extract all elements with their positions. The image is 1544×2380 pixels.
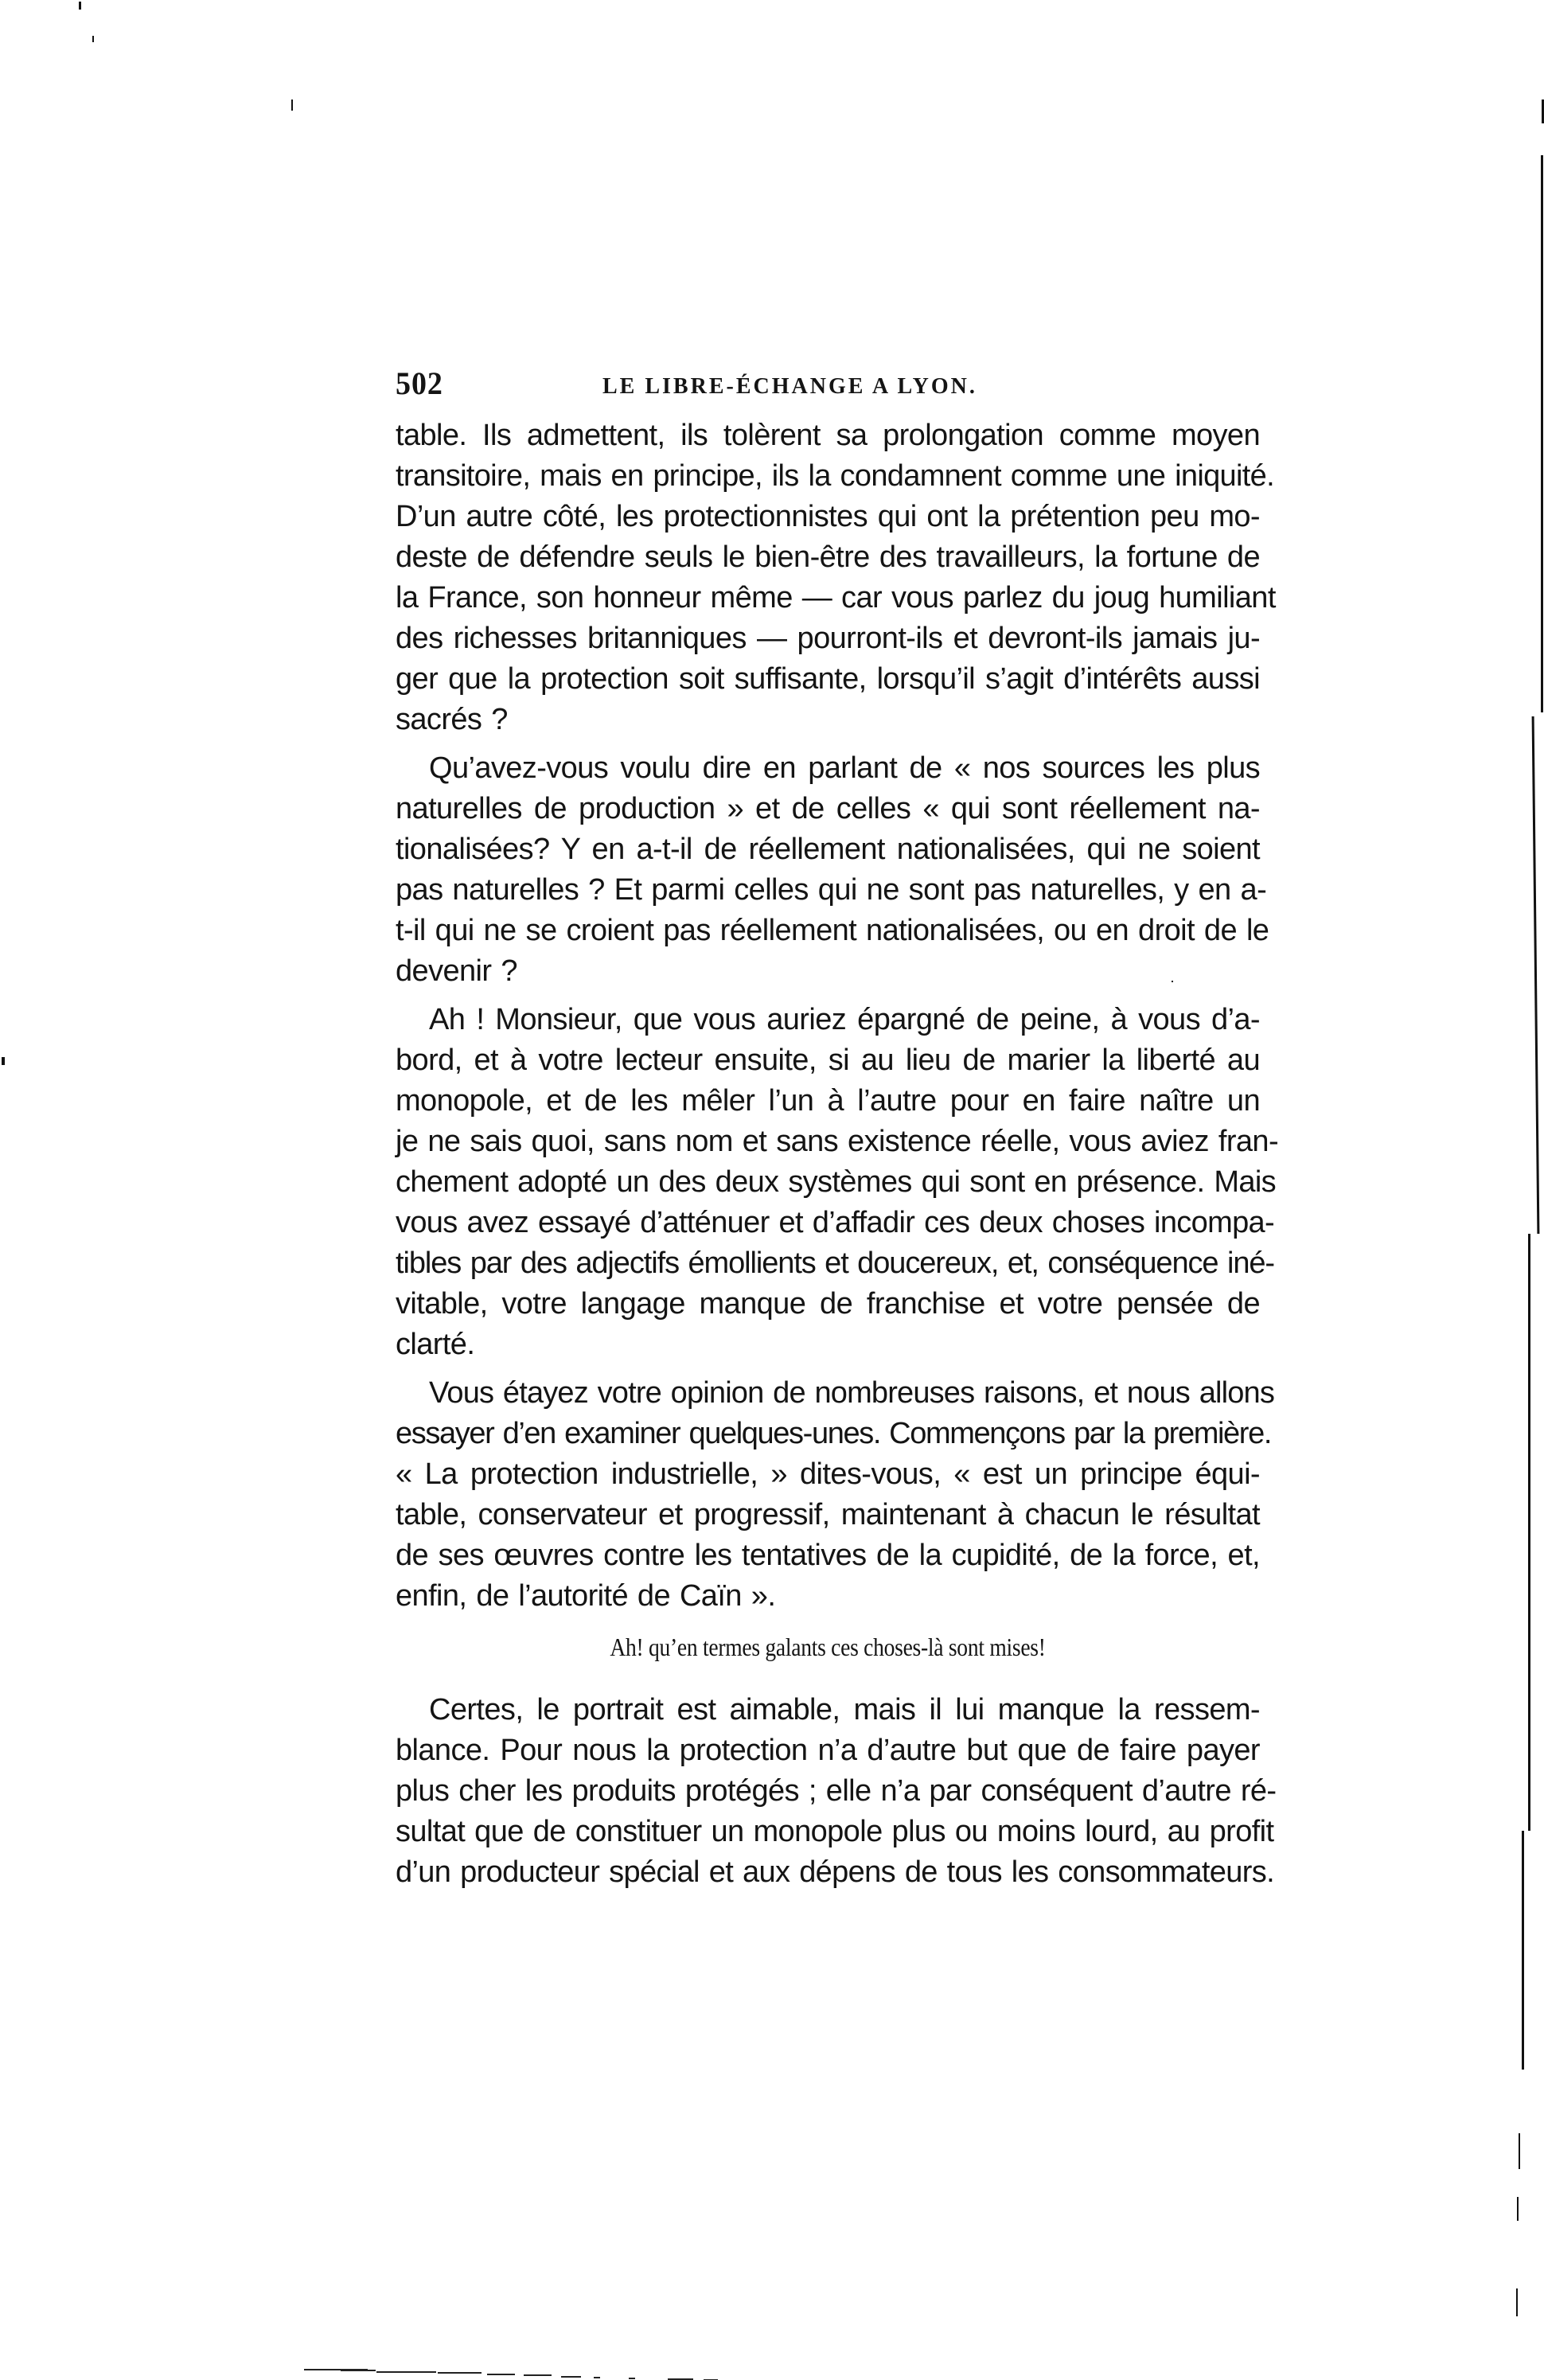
text-line: deste de défendre seuls le bien-être des… [396, 537, 1260, 578]
running-head: 502 LE LIBRE-ÉCHANGE A LYON. [396, 365, 1263, 403]
text-line: sacrés ? [396, 700, 1260, 740]
text-line: clarté. [396, 1325, 1260, 1365]
scan-edge-line [1516, 2288, 1518, 2316]
text-line: table. Ils admettent, ils tolèrent sa pr… [396, 416, 1260, 456]
text-line: D’un autre côté, les protectionnistes qu… [396, 497, 1260, 537]
text-line: je ne sais quoi, sans nom et sans existe… [396, 1122, 1260, 1162]
scan-speck [92, 36, 94, 42]
text-line: devenir ? [396, 951, 1260, 992]
scan-speck [1172, 981, 1173, 982]
scan-bottom-line [438, 2372, 482, 2374]
text-line: d’un producteur spécial et aux dépens de… [396, 1852, 1260, 1893]
text-line: Vous étayez votre opinion de nombreuses … [396, 1373, 1260, 1414]
paragraph: Vous étayez votre opinion de nombreuses … [396, 1373, 1260, 1617]
scan-edge-line [1541, 155, 1543, 712]
scan-speck [291, 99, 293, 111]
scan-bottom-line [594, 2377, 600, 2378]
text-line: naturelles de production » et de celles … [396, 789, 1260, 829]
verse-quote: Ah! qu’en termes galants ces choses-là s… [456, 1628, 1199, 1666]
text-line: tibles par des adjectifs émollients et d… [396, 1243, 1260, 1284]
text-line: enfin, de l’autorité de Caïn ». [396, 1576, 1260, 1617]
text-line: plus cher les produits protégés ; elle n… [396, 1771, 1260, 1812]
running-title: LE LIBRE-ÉCHANGE A LYON. [602, 374, 977, 400]
scan-bottom-line [376, 2371, 436, 2373]
scan-bottom-line [487, 2374, 515, 2375]
text-line: sultat que de constituer un monopole plu… [396, 1812, 1260, 1852]
text-line: table, conservateur et progressif, maint… [396, 1495, 1260, 1535]
paragraph: Ah ! Monsieur, que vous auriez épargné d… [396, 1000, 1260, 1365]
scan-bottom-line [629, 2378, 635, 2379]
scan-edge-line [1519, 2133, 1520, 2169]
scan-bottom-line [561, 2376, 581, 2378]
text-line: la France, son honneur même — car vous p… [396, 578, 1260, 618]
text-line: bord, et à votre lecteur ensuite, si au … [396, 1040, 1260, 1081]
text-line: pas naturelles ? Et parmi celles qui ne … [396, 870, 1260, 911]
text-line: monopole, et de les mêler l’un à l’autre… [396, 1081, 1260, 1122]
text-line: vitable, votre langage manque de franchi… [396, 1284, 1260, 1325]
scan-edge-line [1517, 2197, 1519, 2221]
scan-edge-line [1532, 716, 1540, 1234]
scan-edge-line [1522, 1831, 1524, 2070]
body-text: table. Ils admettent, ils tolèrent sa pr… [396, 416, 1260, 1901]
scan-bottom-line [524, 2374, 552, 2376]
scanned-book-page: 502 LE LIBRE-ÉCHANGE A LYON. table. Ils … [0, 0, 1544, 2380]
scan-bottom-line [341, 2370, 376, 2371]
page-number: 502 [396, 365, 443, 402]
text-line: de ses œuvres contre les tentatives de l… [396, 1535, 1260, 1576]
text-line: ger que la protection soit suffisante, l… [396, 659, 1260, 700]
text-line: Certes, le portrait est aimable, mais il… [396, 1690, 1260, 1730]
text-line: chement adopté un des deux systèmes qui … [396, 1162, 1260, 1203]
paragraph: table. Ils admettent, ils tolèrent sa pr… [396, 416, 1260, 740]
scan-edge-line [1528, 1234, 1530, 1831]
text-line: essayer d’en examiner quelques-unes. Com… [396, 1414, 1260, 1454]
paragraph: Certes, le portrait est aimable, mais il… [396, 1690, 1260, 1893]
text-line: vous avez essayé d’atténuer et d’affadir… [396, 1203, 1260, 1243]
scan-speck [2, 1057, 5, 1065]
scan-speck [79, 2, 81, 10]
text-line: Qu’avez-vous voulu dire en parlant de « … [396, 748, 1260, 789]
text-line: tionalisées? Y en a-t-il de réellement n… [396, 829, 1260, 870]
paragraph: Qu’avez-vous voulu dire en parlant de « … [396, 748, 1260, 992]
text-line: Ah ! Monsieur, que vous auriez épargné d… [396, 1000, 1260, 1040]
text-line: transitoire, mais en principe, ils la co… [396, 456, 1260, 497]
text-line: « La protection industrielle, » dites-vo… [396, 1454, 1260, 1495]
text-line: des richesses britanniques — pourront-il… [396, 618, 1260, 659]
text-line: blance. Pour nous la protection n’a d’au… [396, 1730, 1260, 1771]
text-line: t-il qui ne se croient pas réellement na… [396, 911, 1260, 951]
